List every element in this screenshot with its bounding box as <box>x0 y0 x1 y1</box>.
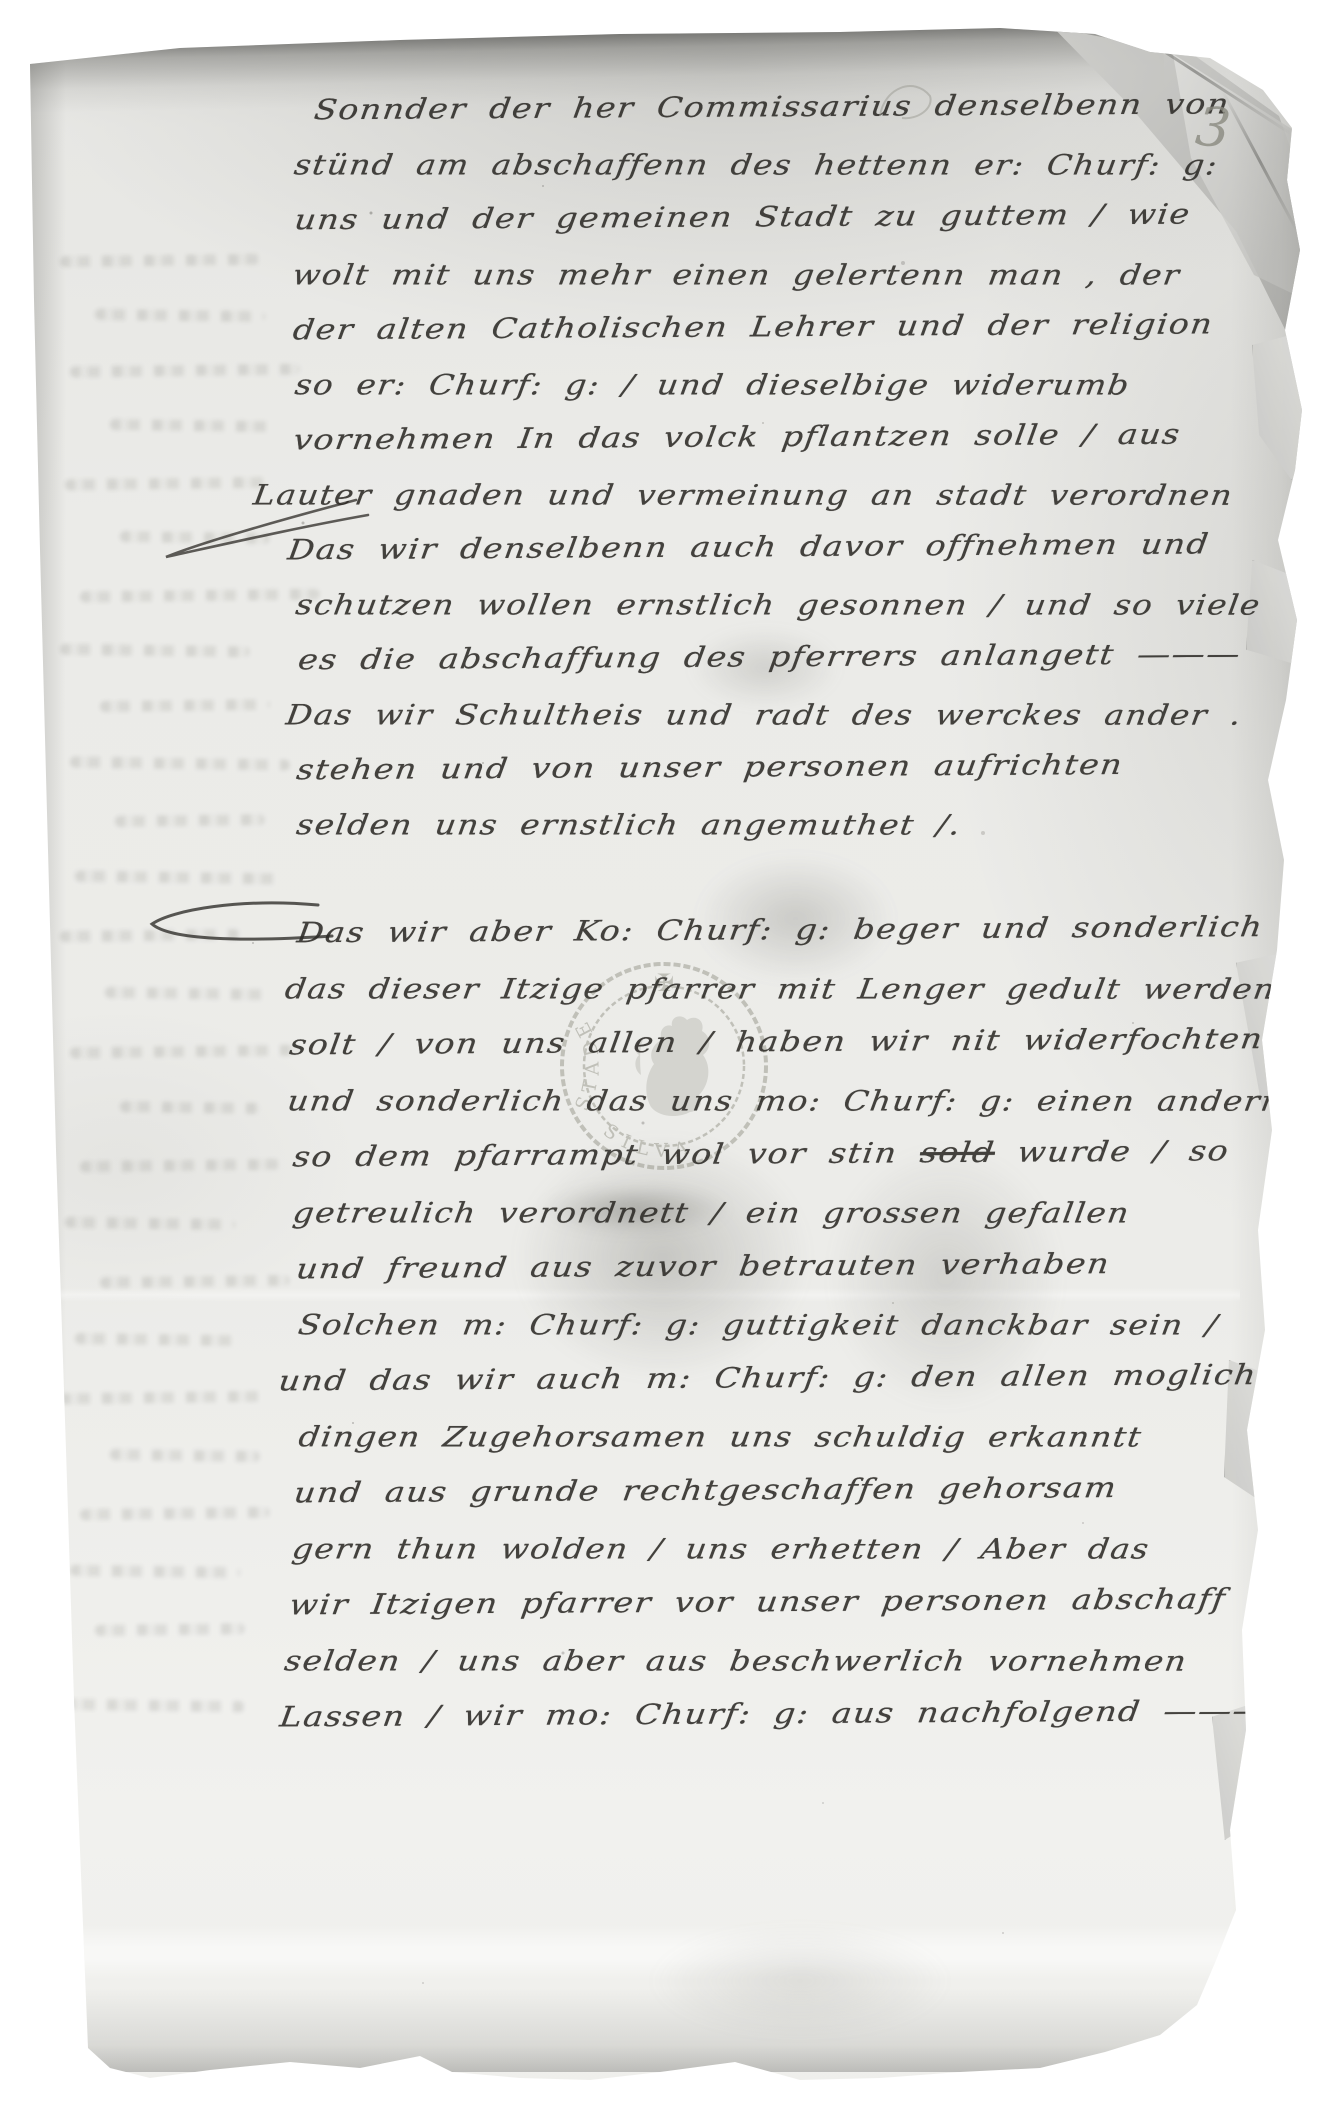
manuscript-line: Sonnder der her Commissarius denselbenn … <box>312 87 1232 126</box>
handwritten-text: Sonnder der her Commissarius denselbenn … <box>0 0 1342 2116</box>
manuscript-line: und freund aus zuvor betrauten verhaben <box>294 1247 1112 1285</box>
manuscript-line: Solchen m: Churf: g: guttigkeit danckbar… <box>296 1308 1221 1341</box>
manuscript-line: Lassen / wir mo: Churf: g: aus nachfolge… <box>278 1694 1270 1733</box>
scan-background: ✠ STADE SILVA Sonnder der her Commissari… <box>0 0 1342 2116</box>
manuscript-line: dingen Zugehorsamen uns schuldig erkannt… <box>297 1420 1145 1453</box>
manuscript-line: stehen und von unser personen aufrichten <box>295 748 1126 786</box>
manuscript-line: uns und der gemeinen Stadt zu guttem / w… <box>293 198 1193 237</box>
manuscript-page: ✠ STADE SILVA Sonnder der her Commissari… <box>0 0 1342 2116</box>
manuscript-line: getreulich verordnett / ein grossen gefa… <box>291 1196 1132 1229</box>
struck-word: sold <box>918 1136 997 1169</box>
manuscript-line: wolt mit uns mehr einen gelertenn man , … <box>291 258 1183 291</box>
manuscript-line: und aus grunde rechtgeschaffen gehorsam <box>292 1471 1119 1509</box>
manuscript-line: selden uns ernstlich angemuthet /. <box>294 808 963 841</box>
manuscript-line: selden / uns aber aus beschwerlich vorne… <box>282 1644 1189 1677</box>
manuscript-line: Das wir aber Ko: Churf: g: beger und son… <box>295 910 1265 949</box>
folio-number: 3 <box>1193 94 1234 160</box>
manuscript-line: wir Itzigen pfarrer vor unser personen a… <box>287 1582 1228 1621</box>
manuscript-line: und sonderlich das uns mo: Churf: g: ein… <box>285 1084 1285 1117</box>
manuscript-line: Das wir denselbenn auch davor offnehmen … <box>286 527 1212 566</box>
manuscript-line: es die abschaffung des pferrers anlanget… <box>296 637 1243 676</box>
manuscript-line: so dem pfarrampt wol vor stin sold wurde… <box>291 1134 1232 1173</box>
manuscript-line: gern thun wolden / uns erhetten / Aber d… <box>290 1532 1152 1565</box>
manuscript-line: und das wir auch m: Churf: g: den allen … <box>277 1358 1260 1397</box>
manuscript-line: Lauter gnaden und vermeinung an stadt ve… <box>251 478 1235 511</box>
manuscript-line: schutzen wollen ernstlich gesonnen / und… <box>294 588 1264 621</box>
manuscript-line: Das wir Schultheis und radt des werckes … <box>284 698 1244 731</box>
manuscript-line: so er: Churf: g: / und dieselbige wideru… <box>293 368 1132 401</box>
manuscript-line: der alten Catholischen Lehrer und der re… <box>291 307 1216 346</box>
manuscript-line: das dieser Itzige pfarrer mit Lenger ged… <box>283 972 1278 1005</box>
manuscript-line: vornehmen In das volck pflantzen solle /… <box>291 418 1183 457</box>
manuscript-line: solt / von uns allen / haben wir nit wid… <box>288 1022 1313 1062</box>
manuscript-line: stünd am abschaffenn des hettenn er: Chu… <box>292 148 1220 181</box>
